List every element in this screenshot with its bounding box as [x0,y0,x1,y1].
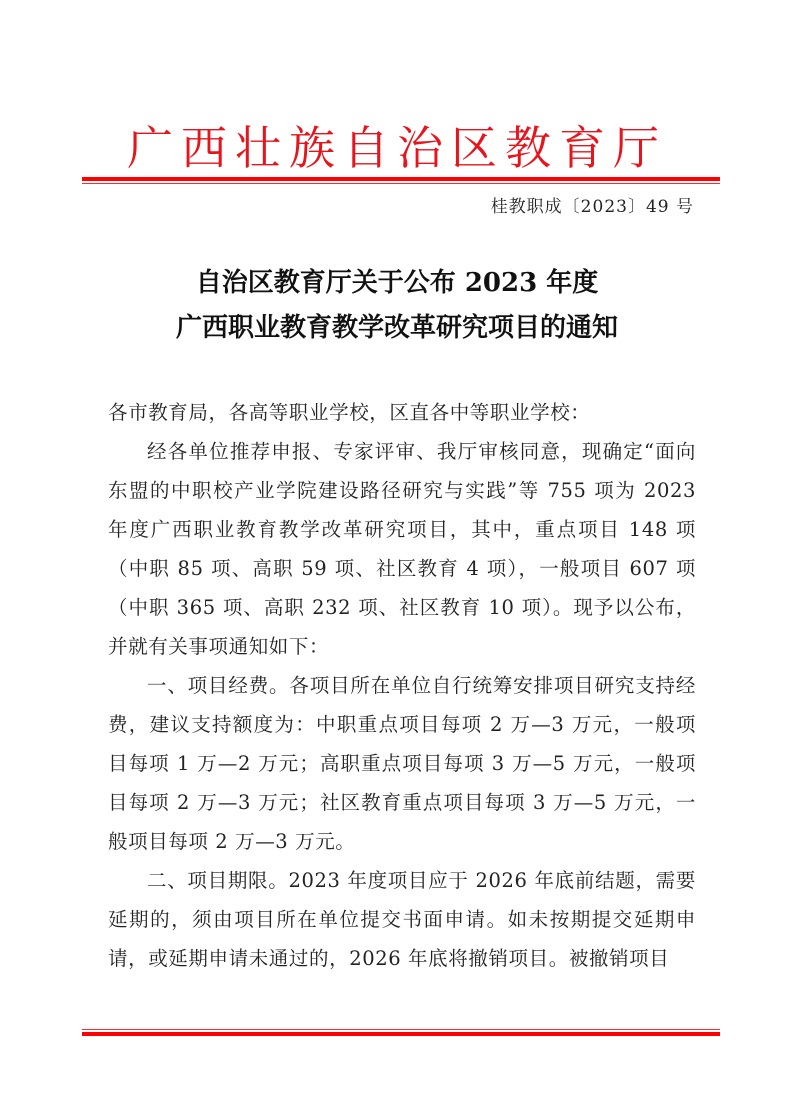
masthead-rule-thin [82,183,720,184]
title-line-1: 自治区教育厅关于公布 2023 年度 [0,264,794,302]
salutation: 各市教育局，各高等职业学校，区直各中等职业学校： [108,393,696,432]
footer-rule-thin [82,1029,720,1030]
masthead-rule-thick [82,177,720,181]
masthead-issuer: 广西壮族自治区教育厅 [0,118,794,178]
document-body: 各市教育局，各高等职业学校，区直各中等职业学校： 经各单位推荐申报、专家评审、我… [108,393,696,978]
title-line-2: 广西职业教育教学改革研究项目的通知 [0,309,794,347]
paragraph-funding: 一、项目经费。各项目所在单位自行统筹安排项目研究支持经费，建议支持额度为：中职重… [108,666,696,861]
paragraph-intro: 经各单位推荐申报、专家评审、我厅审核同意，现确定“面向东盟的中职校产业学院建设路… [108,432,696,666]
footer-rule-thick [82,1032,720,1036]
document-number: 桂教职成〔2023〕49 号 [491,192,694,217]
paragraph-duration: 二、项目期限。2023 年度项目应于 2026 年底前结题，需要延期的，须由项目… [108,861,696,978]
